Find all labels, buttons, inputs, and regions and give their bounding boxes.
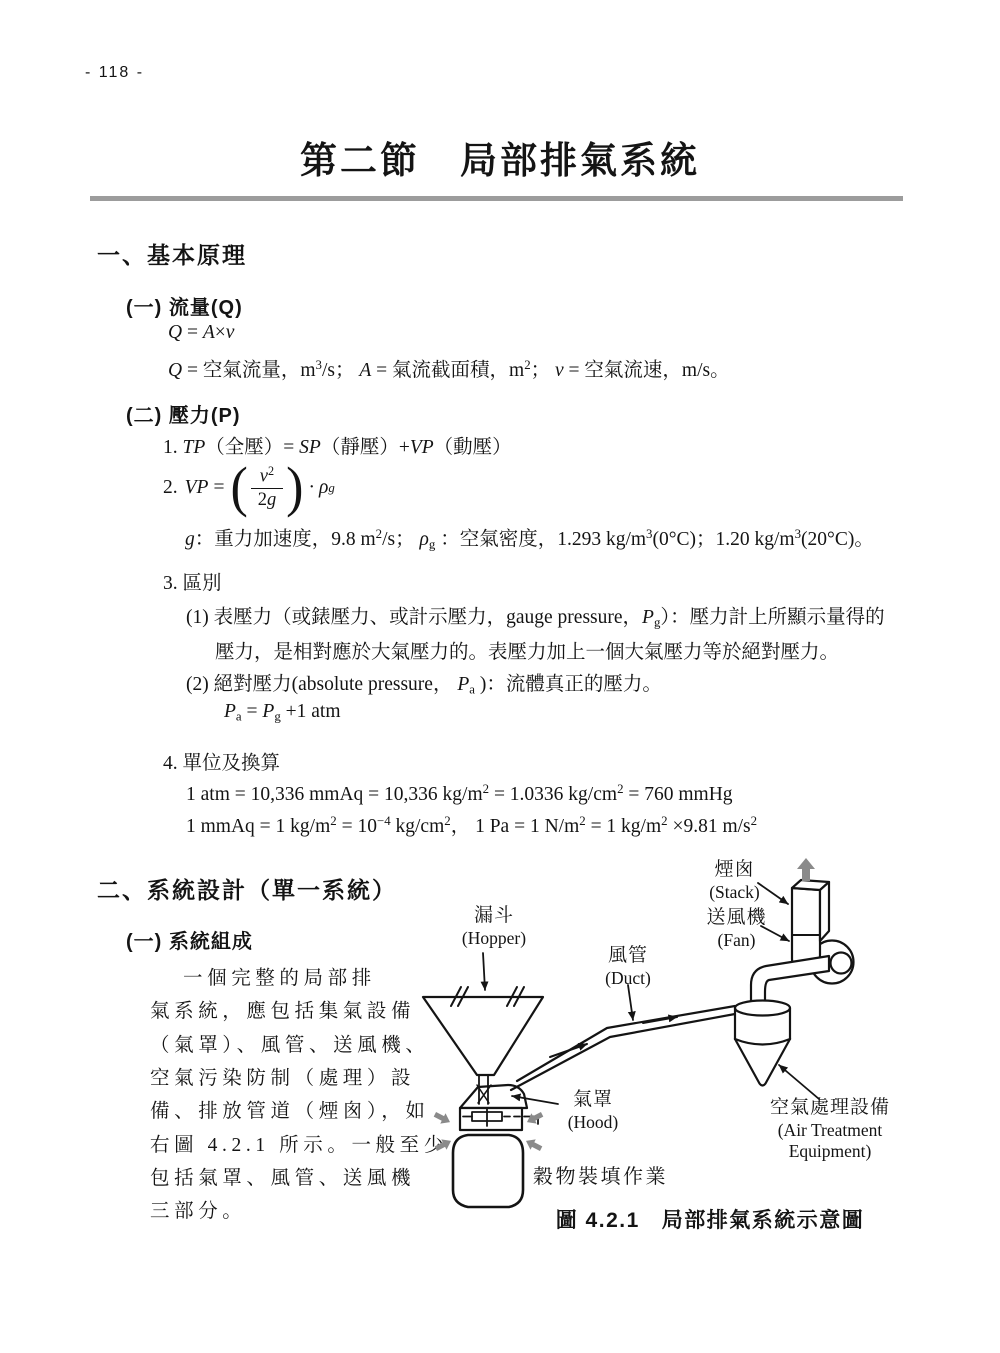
item2-fraction: v2 2g	[251, 465, 283, 511]
paragraph-line: 右圖 4.2.1 所示。一般至少	[150, 1129, 448, 1157]
operation-label: 穀物裝填作業	[533, 1160, 668, 1189]
section1-heading: 一、基本原理	[97, 237, 247, 270]
fan-label: 送風機 (Fan)	[674, 907, 799, 951]
item2-right-paren: )	[286, 460, 303, 516]
item2-vp: VP	[185, 477, 209, 499]
flow-definition: Q = 空氣流量，m3/s； A = 氣流截面積，m2； v = 空氣流速，m/…	[168, 354, 730, 382]
duct-shape	[511, 1006, 735, 1090]
paragraph-line: 備、排放管道（煙囪），如	[150, 1095, 429, 1123]
unit-conversion-line1: 1 atm = 10,336 mmAq = 10,336 kg/m2 = 1.0…	[186, 782, 733, 806]
hood-shape	[460, 1075, 538, 1130]
treatment-label-arrow	[779, 1065, 819, 1099]
paragraph-line: 氣系統，應包括集氣設備	[150, 995, 415, 1023]
fraction-denominator: 2g	[258, 489, 277, 511]
page-title-part1: 第二節	[300, 140, 420, 181]
paragraph-line: 一個完整的局部排	[183, 962, 376, 990]
hopper-label-arrow	[483, 953, 485, 990]
gauge-pressure-line2: 壓力，是相對應於大氣壓力的。表壓力加上一個大氣壓力等於絕對壓力。	[215, 636, 839, 664]
section2-heading: 二、系統設計（單一系統）	[97, 872, 397, 905]
section2-sub-heading: (一) 系統組成	[126, 925, 253, 954]
pressure-item-3-heading: 3. 區別	[163, 567, 222, 595]
treatment-label: 空氣處理設備 (Air Treatment Equipment)	[745, 1097, 915, 1162]
unit-conversion-line2: 1 mmAq = 1 kg/m2 = 10−4 kg/cm2， 1 Pa = 1…	[186, 810, 757, 838]
hopper-shape	[423, 987, 543, 1075]
duct-label-arrow	[628, 985, 633, 1020]
paragraph-line: 三部分。	[150, 1195, 246, 1223]
figure-caption: 圖 4.2.1局部排氣系統示意圖	[480, 1204, 940, 1234]
cyclone-shape	[735, 1001, 790, 1086]
pressure-heading: (二) 壓力(P)	[126, 399, 241, 428]
pressure-item-2-formula: 2. VP = ( v2 2g ) · ρ g	[163, 459, 335, 517]
absolute-pressure-formula: Pa = Pg +1 atm	[224, 701, 341, 725]
paragraph-line: （氣罩）、風管、送風機、	[150, 1029, 429, 1057]
item2-rho: ρ	[319, 477, 328, 499]
paragraph-line: 空氣污染防制（處理）設	[150, 1062, 415, 1090]
document-page: - 118 - 第二節局部排氣系統 一、基本原理 (一) 流量(Q) Q = A…	[0, 0, 1000, 1353]
pressure-item-4-heading: 4. 單位及換算	[163, 747, 280, 775]
item2-dot: ·	[308, 477, 315, 499]
pressure-item-2-note: g：重力加速度，9.8 m2/s； ρg ：空氣密度，1.293 kg/m3(0…	[185, 523, 874, 553]
item2-equals: =	[213, 477, 224, 499]
item2-number: 2.	[163, 477, 178, 499]
page-title-part2: 局部排氣系統	[460, 140, 700, 181]
pressure-item-1: 1. TP（全壓）= SP（靜壓）+VP（動壓）	[163, 431, 512, 459]
absolute-pressure-line: (2) 絕對壓力(absolute pressure， Pa )：流體真正的壓力…	[186, 668, 662, 698]
page-number: - 118 -	[85, 64, 144, 82]
item2-left-paren: (	[230, 460, 247, 516]
header-divider	[90, 196, 903, 201]
fraction-numerator: v2	[251, 465, 283, 489]
fan-hub	[831, 953, 852, 974]
paragraph-line: 包括氣罩、風管、送風機	[150, 1162, 415, 1190]
hood-label: 氣罩 (Hood)	[533, 1089, 653, 1133]
stack-right-face	[820, 882, 829, 941]
stack-label: 煙囪 (Stack)	[672, 859, 797, 903]
figure-caption-text: 局部排氣系統示意圖	[662, 1209, 865, 1232]
hopper-label: 漏斗 (Hopper)	[434, 905, 554, 949]
figure-caption-number: 圖 4.2.1	[556, 1209, 640, 1232]
gauge-pressure-line1: (1) 表壓力（或錶壓力、或計示壓力，gauge pressure，Pg）：壓力…	[186, 601, 885, 631]
flow-formula: Q = A×v	[168, 322, 234, 344]
flow-heading: (一) 流量(Q)	[126, 291, 243, 320]
flow-arrow	[550, 1044, 587, 1057]
page-title: 第二節局部排氣系統	[0, 130, 1000, 184]
item2-rho-sub: g	[328, 481, 334, 496]
grain-barrel-shape	[453, 1135, 523, 1207]
duct-label: 風管 (Duct)	[568, 945, 688, 989]
exhaust-up-arrow	[797, 858, 815, 881]
